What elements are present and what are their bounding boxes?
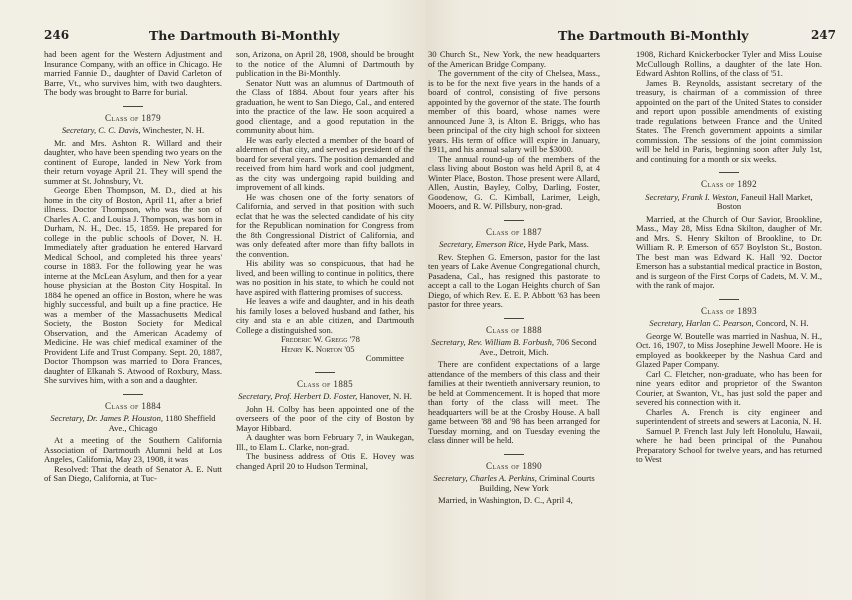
secretary-name: Secretary, C. C. Davis, [62, 125, 141, 135]
paragraph: The business address of Otis E. Hovey wa… [236, 452, 414, 471]
paragraph: John H. Colby has been appointed one of … [236, 405, 414, 434]
class-heading-1885: Class of 1885 [236, 380, 414, 390]
paragraph: George Eben Thompson, M. D., died at his… [44, 186, 222, 386]
paragraph: Samuel P. French last July left Honolulu… [636, 427, 822, 465]
secretary-name: Secretary, Emerson Rice, [439, 239, 526, 249]
paragraph: Resolved: That the death of Senator A. E… [44, 465, 222, 484]
left-page: 246 The Dartmouth Bi-Monthly had been ag… [0, 0, 426, 600]
secretary-address: Hyde Park, Mass. [528, 239, 589, 249]
section-divider [719, 172, 739, 173]
column-2: son, Arizona, on April 28, 1908, should … [236, 50, 414, 471]
paragraph: Senator Nutt was an alumnus of Dartmouth… [236, 79, 414, 136]
class-secretary: Secretary, C. C. Davis, Winchester, N. H… [44, 126, 222, 136]
column-4: 1908, Richard Knickerbocker Tyler and Mi… [636, 50, 822, 465]
class-heading-1884: Class of 1884 [44, 402, 222, 412]
section-divider [315, 372, 335, 373]
section-divider [123, 394, 143, 395]
paragraph: 30 Church St., New York, the new headqua… [428, 50, 600, 69]
running-title: The Dartmouth Bi-Monthly [149, 28, 340, 43]
class-secretary: Secretary, Emerson Rice, Hyde Park, Mass… [428, 240, 600, 250]
secretary-address: Hanover, N. H. [359, 391, 411, 401]
book-spread: 246 The Dartmouth Bi-Monthly had been ag… [0, 0, 852, 600]
paragraph: He leaves a wife and daughter, and in hi… [236, 297, 414, 335]
paragraph: The government of the city of Chelsea, M… [428, 69, 600, 155]
paragraph: At a meeting of the Southern California … [44, 436, 222, 465]
paragraph: Rev. Stephen G. Emerson, pastor for the … [428, 253, 600, 310]
paragraph: James B. Reynolds, assistant secretary o… [636, 79, 822, 165]
section-divider [504, 220, 524, 221]
class-heading-1890: Class of 1890 [428, 462, 600, 472]
paragraph: had been agent for the Western Adjustmen… [44, 50, 222, 98]
paragraph: A daughter was born February 7, in Wauke… [236, 433, 414, 452]
paragraph: Mr. and Mrs. Ashton R. Willard and their… [44, 139, 222, 187]
secretary-name: Secretary, Harlan C. Pearson, [649, 318, 753, 328]
secretary-name: Secretary, Charles A. Perkins, [433, 473, 537, 483]
paragraph: son, Arizona, on April 28, 1908, should … [236, 50, 414, 79]
class-heading-1893: Class of 1893 [636, 307, 822, 317]
paragraph: Carl C. Fletcher, non-graduate, who has … [636, 370, 822, 408]
right-page-header: The Dartmouth Bi-Monthly 247 [440, 28, 836, 42]
paragraph: There are confident expectations of a la… [428, 360, 600, 446]
page-number: 246 [44, 28, 69, 42]
paragraph: He was early elected a member of the boa… [236, 136, 414, 193]
secretary-address: Winchester, N. H. [143, 125, 205, 135]
section-divider [504, 454, 524, 455]
running-title: The Dartmouth Bi-Monthly [558, 28, 749, 43]
column-3: 30 Church St., New York, the new headqua… [428, 50, 600, 506]
column-1: had been agent for the Western Adjustmen… [44, 50, 222, 484]
class-secretary: Secretary, Harlan C. Pearson, Concord, N… [636, 319, 822, 329]
paragraph: The annual round-up of the members of th… [428, 155, 600, 212]
secretary-name: Secretary, Dr. James P. Houston, [50, 413, 163, 423]
class-secretary: Secretary, Charles A. Perkins, Criminal … [428, 474, 600, 493]
paragraph: 1908, Richard Knickerbocker Tyler and Mi… [636, 50, 822, 79]
secretary-name: Secretary, Rev. William B. Forbush, [431, 337, 554, 347]
paragraph: Married, at the Church of Our Savior, Br… [636, 215, 822, 291]
class-heading-1887: Class of 1887 [428, 228, 600, 238]
paragraph: He was chosen one of the forty senators … [236, 193, 414, 260]
class-secretary: Secretary, Dr. James P. Houston, 1180 Sh… [44, 414, 222, 433]
class-heading-1879: Class of 1879 [44, 114, 222, 124]
secretary-name: Secretary, Prof. Herbert D. Foster, [238, 391, 357, 401]
secretary-name: Secretary, Frank I. Weston, [645, 192, 738, 202]
class-secretary: Secretary, Frank I. Weston, Faneuil Hall… [636, 193, 822, 212]
section-divider [123, 106, 143, 107]
class-heading-1888: Class of 1888 [428, 326, 600, 336]
secretary-address: Concord, N. H. [756, 318, 809, 328]
paragraph: His ability was so conspicuous, that had… [236, 259, 414, 297]
paragraph: Married, in Washington, D. C., April 4, [428, 496, 600, 506]
class-heading-1892: Class of 1892 [636, 180, 822, 190]
paragraph: George W. Boutelle was married in Nashua… [636, 332, 822, 370]
paragraph: Charles A. French is city engineer and s… [636, 408, 822, 427]
left-page-header: 246 The Dartmouth Bi-Monthly [44, 28, 404, 42]
section-divider [719, 299, 739, 300]
section-divider [504, 318, 524, 319]
committee-label: Committee [236, 354, 414, 364]
class-secretary: Secretary, Rev. William B. Forbush, 706 … [428, 338, 600, 357]
page-number: 247 [811, 28, 836, 42]
class-secretary: Secretary, Prof. Herbert D. Foster, Hano… [236, 392, 414, 402]
